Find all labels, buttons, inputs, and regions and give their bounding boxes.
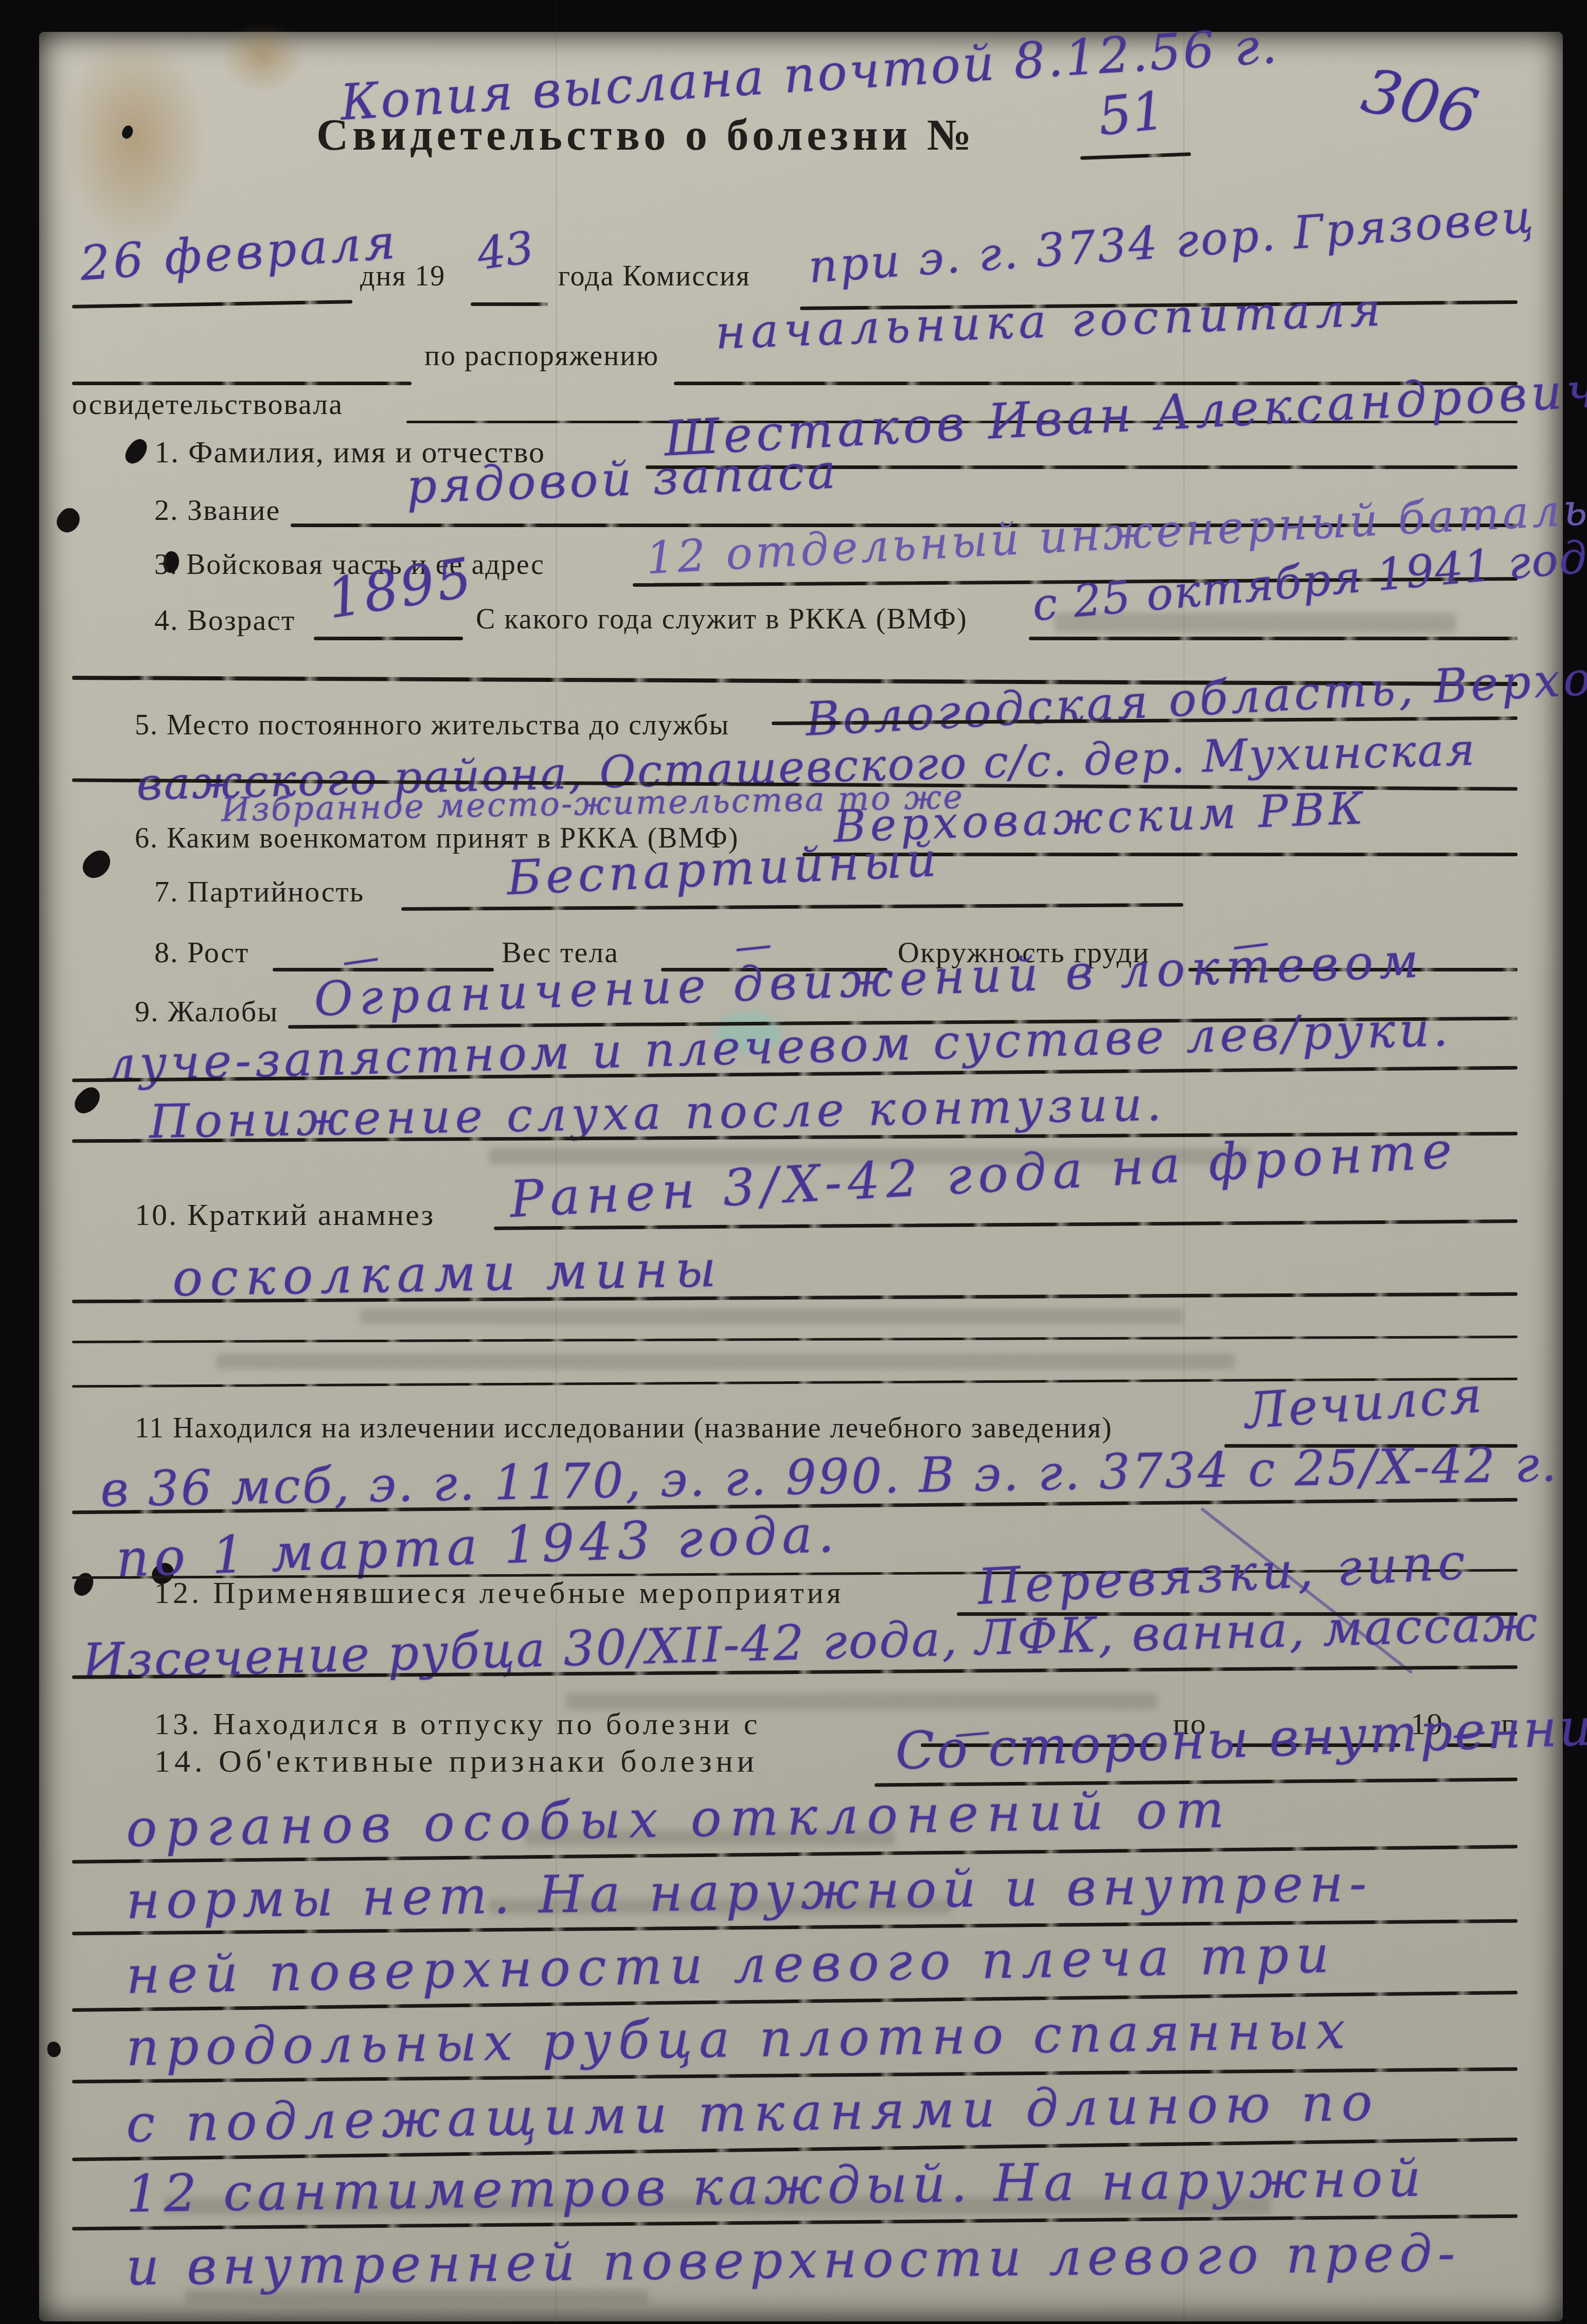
label-by-order: по распоряжению [424, 339, 659, 372]
field4-label2: С какого года служит в РККА (ВМФ) [476, 603, 968, 636]
certificate-number: 51 [1095, 80, 1168, 148]
field8-label-height: 8. Рост [154, 935, 249, 969]
scanned-certificate-page: Копия выслана почтой 8.12.56 г. 306 Свид… [0, 0, 1587, 2324]
label-year-commission: года Комиссия [558, 260, 751, 293]
field11-label: 11 Находился на излечении исследовании (… [135, 1412, 1113, 1445]
blank-line [72, 382, 412, 385]
label-examined: освидетельствовала [72, 387, 343, 421]
document-title: Свидетельство о болезни № [316, 109, 975, 160]
field13-label: 13. Находился в отпуску по болезни с [154, 1706, 760, 1742]
field4-label: 4. Возраст [154, 603, 295, 637]
blank-line [1029, 637, 1518, 640]
field5-label: 5. Место постоянного жительства до служб… [135, 709, 729, 742]
label-day: дня 19 [360, 260, 445, 293]
bleed-through-line [360, 1309, 1183, 1324]
bleed-through-line [216, 1354, 1235, 1369]
ink-speck [47, 2042, 61, 2057]
blank-line [314, 637, 463, 640]
exam-year-handwritten: 43 [474, 222, 537, 280]
field14-label: 14. Об'ективные признаки болезни [154, 1743, 758, 1780]
field10-label: 10. Краткий анамнез [135, 1197, 435, 1233]
blank-line [471, 302, 548, 306]
field9-label: 9. Жалобы [135, 994, 278, 1029]
field2-label: 2. Звание [154, 493, 280, 527]
paper-stain [62, 31, 206, 247]
field7-label: 7. Партийность [154, 874, 364, 909]
paper-stain [221, 21, 304, 93]
field12-label: 12. Применявшиеся лечебные мероприятия [154, 1575, 844, 1611]
